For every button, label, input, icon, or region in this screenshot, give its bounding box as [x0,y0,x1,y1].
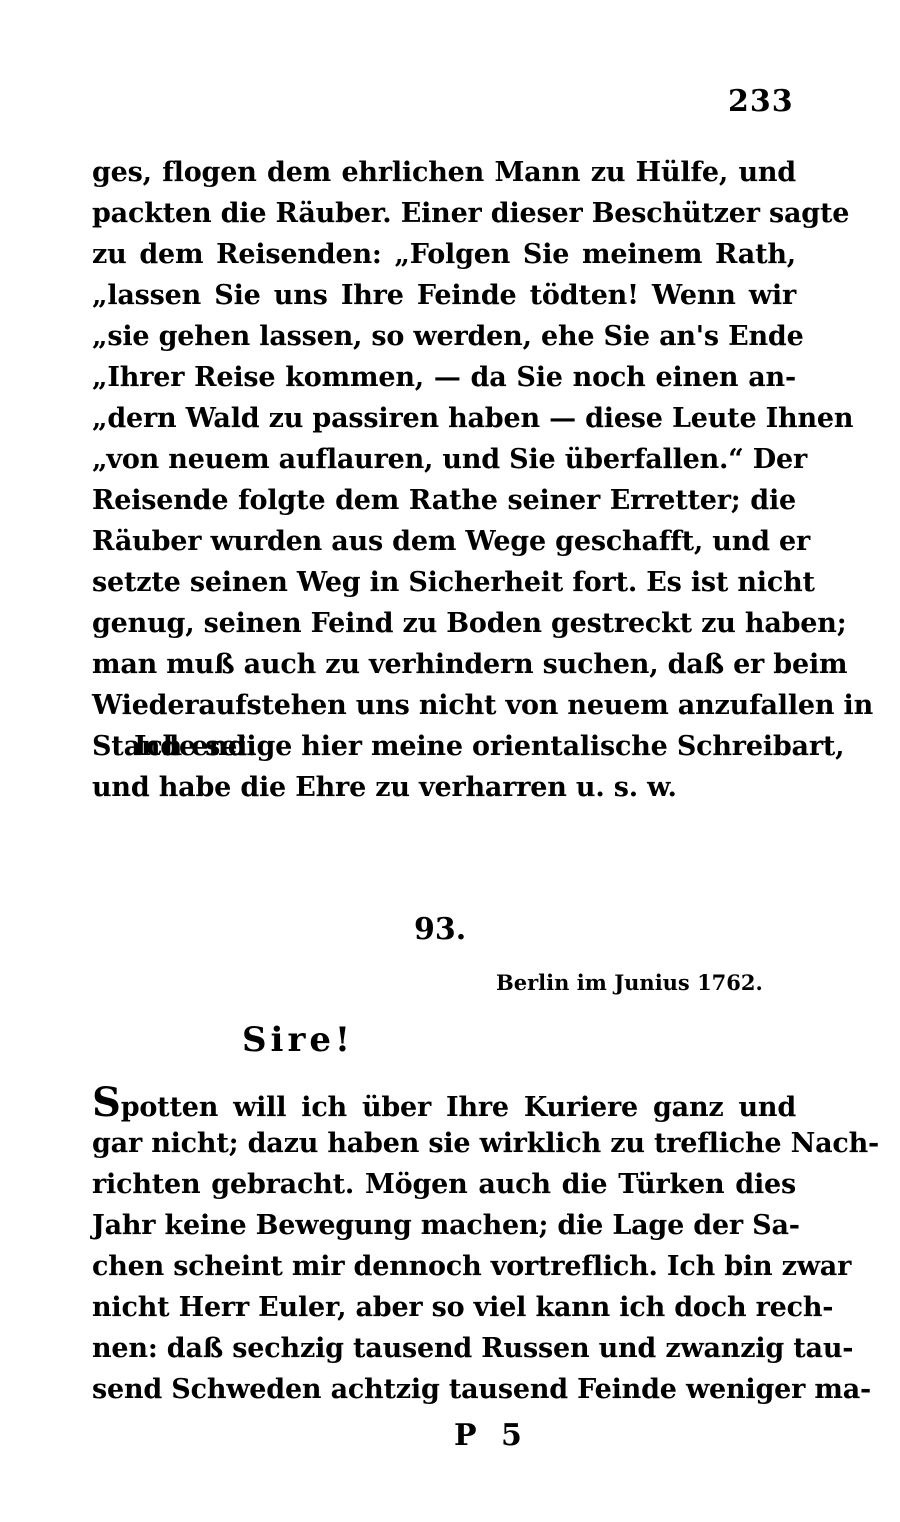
text-line: richten gebracht. Mögen auch die Türken … [92,1164,796,1205]
text-line: Räuber wurden aus dem Wege geschafft, un… [92,521,796,562]
page-number: 233 [728,84,790,119]
text-line: setzte seinen Weg in Sicherheit fort. Es… [92,562,796,603]
text-line: zu dem Reisenden: „Folgen Sie meinem Rat… [92,234,796,275]
letter-body: Spotten will ich über Ihre Kuriere ganz … [92,1082,796,1410]
text-line: genug, seinen Feind zu Boden gestreckt z… [92,603,796,644]
initial-letter: S [92,1079,121,1126]
closing-paragraph: Ich endige hier meine orientalische Schr… [92,726,796,808]
text-line: ges, flogen dem ehrlichen Mann zu Hülfe,… [92,152,796,193]
letter-number: 93. [414,912,466,947]
text-line: Wiederaufstehen uns nicht von neuem anzu… [92,685,796,726]
text-line: Ich endige hier meine orientalische Schr… [92,726,796,767]
text-line: chen scheint mir dennoch vortreflich. Ic… [92,1246,796,1287]
text-line: Spotten will ich über Ihre Kuriere ganz … [92,1082,796,1123]
text-line-rest: potten will ich über Ihre Kuriere ganz u… [121,1092,796,1123]
text-line: man muß auch zu verhindern suchen, daß e… [92,644,796,685]
text-line: send Schweden achtzig tausend Feinde wen… [92,1369,796,1410]
continuation-paragraph: ges, flogen dem ehrlichen Mann zu Hülfe,… [92,152,796,767]
book-page: 233 ges, flogen dem ehrlichen Mann zu Hü… [0,0,900,1522]
printer-signature-mark: P 5 [454,1418,522,1453]
text-line: „lassen Sie uns Ihre Feinde tödten! Wenn… [92,275,796,316]
text-line: nicht Herr Euler, aber so viel kann ich … [92,1287,796,1328]
text-line: Reisende folgte dem Rathe seiner Errette… [92,480,796,521]
text-line: packten die Räuber. Einer dieser Beschüt… [92,193,796,234]
letter-salutation: Sire! [242,1020,354,1060]
letter-dateline: Berlin im Junius 1762. [496,970,763,995]
text-line: „Ihrer Reise kommen, — da Sie noch einen… [92,357,796,398]
text-line: Jahr keine Bewegung machen; die Lage der… [92,1205,796,1246]
text-line: „dern Wald zu passiren haben — diese Leu… [92,398,796,439]
text-line: „sie gehen lassen, so werden, ehe Sie an… [92,316,796,357]
text-line: gar nicht; dazu haben sie wirklich zu tr… [92,1123,796,1164]
text-line: und habe die Ehre zu verharren u. s. w. [92,767,796,808]
text-line: nen: daß sechzig tausend Russen und zwan… [92,1328,796,1369]
text-line: „von neuem auflauren, und Sie überfallen… [92,439,796,480]
